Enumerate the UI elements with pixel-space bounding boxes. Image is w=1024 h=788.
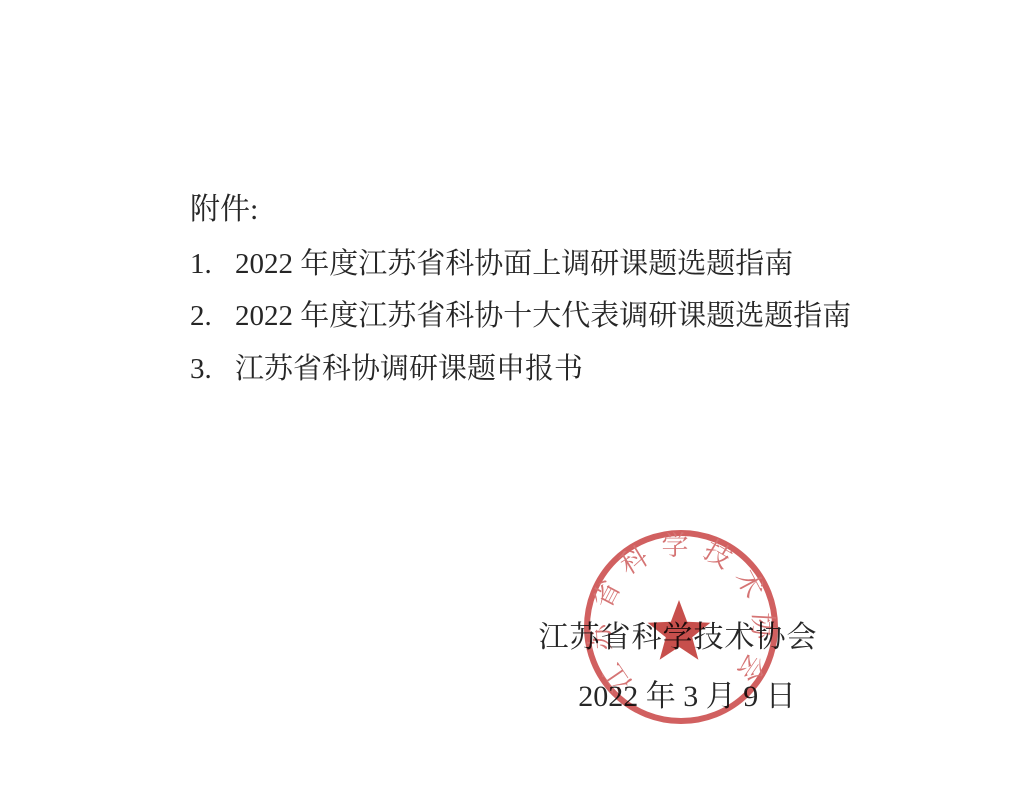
document-page: 附件: 1.2022 年度江苏省科协面上调研课题选题指南 2.2022 年度江苏… [0, 0, 1024, 788]
signature-organization: 江苏省科学技术协会 [539, 612, 818, 656]
attachment-item: 2.2022 年度江苏省科协十大代表调研课题选题指南 [190, 293, 851, 334]
attachment-item: 3.江苏省科协调研课题申报书 [190, 346, 583, 387]
attachments-label: 附件: [190, 184, 258, 228]
attachment-number: 2. [190, 300, 235, 333]
attachment-title: 2022 年度江苏省科协十大代表调研课题选题指南 [235, 300, 851, 332]
signature-date: 2022 年 3 月 9 日 [578, 671, 796, 715]
attachment-item: 1.2022 年度江苏省科协面上调研课题选题指南 [190, 241, 793, 282]
attachment-number: 3. [190, 353, 235, 386]
attachment-title: 2022 年度江苏省科协面上调研课题选题指南 [235, 248, 793, 280]
attachment-number: 1. [190, 248, 235, 281]
attachment-title: 江苏省科协调研课题申报书 [235, 353, 583, 385]
